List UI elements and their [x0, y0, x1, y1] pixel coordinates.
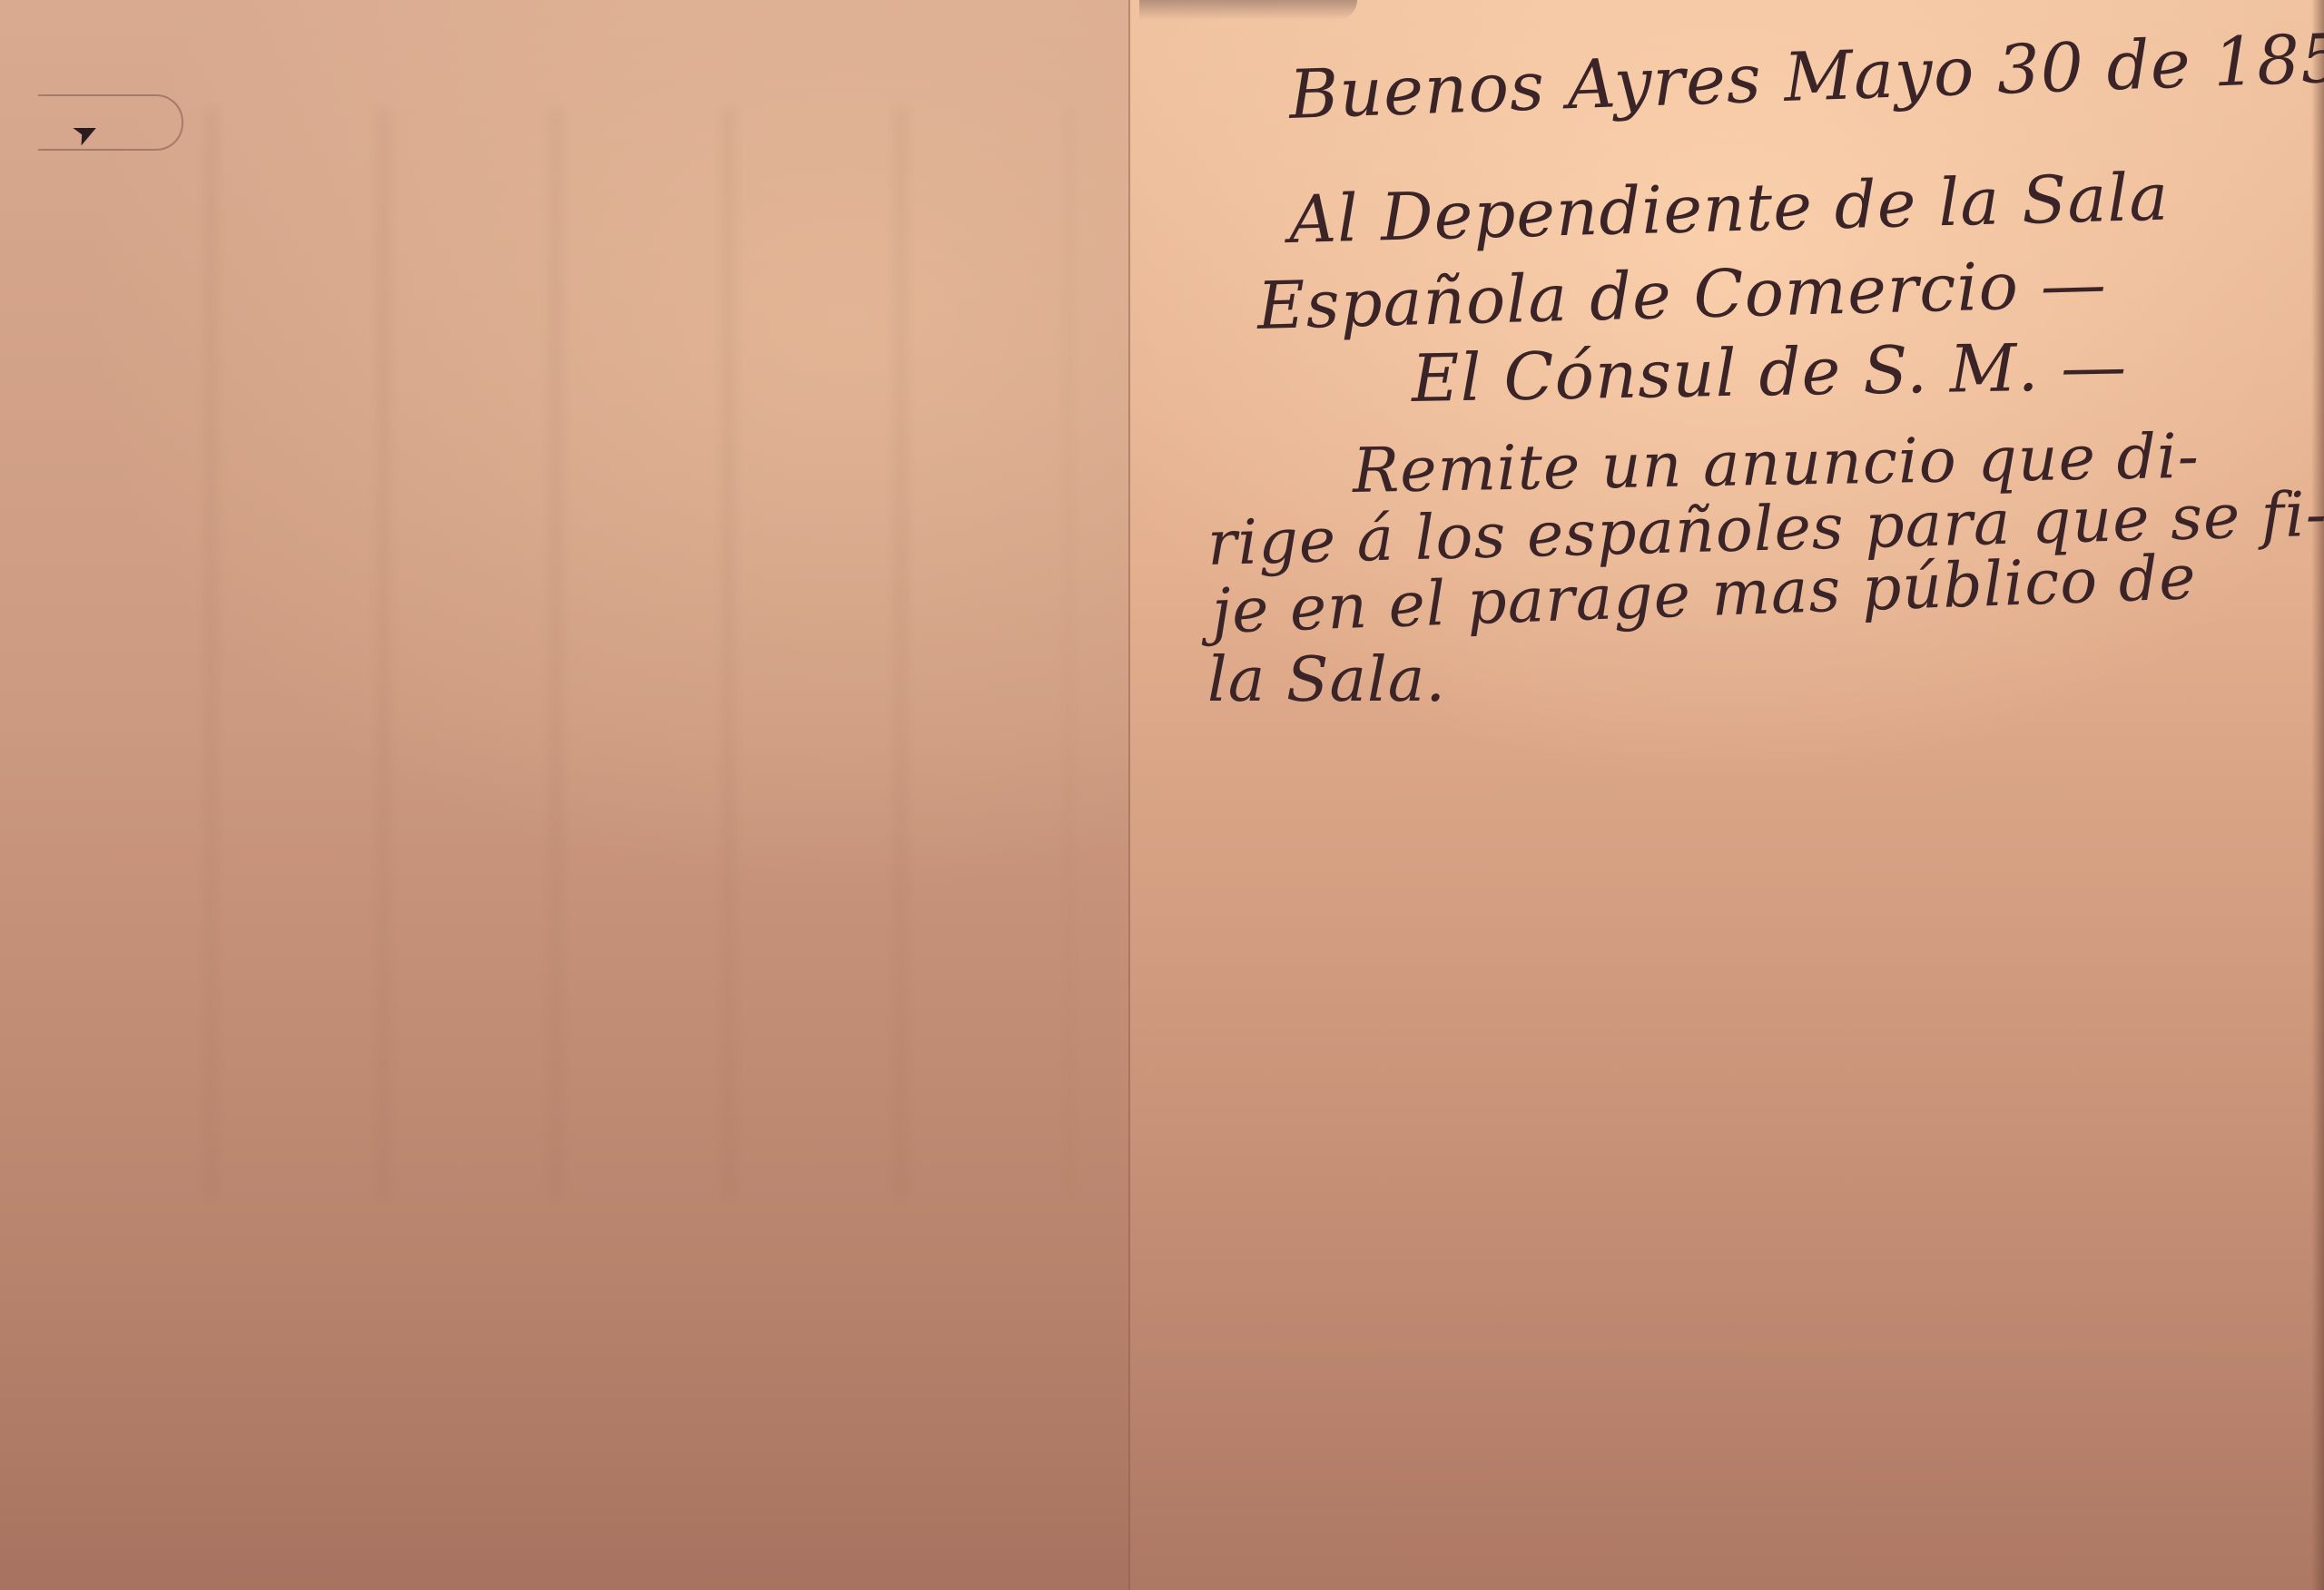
ink-bleed-through — [118, 109, 1071, 1198]
sender-line: El Cónsul de S. M. — — [1411, 328, 2127, 417]
page-edge — [2311, 0, 2324, 1590]
body-line-4: la Sala. — [1207, 644, 1446, 716]
paperclip-outline — [38, 94, 183, 151]
left-page: ➤ — [0, 0, 1128, 1590]
page-fold — [1128, 0, 1130, 1590]
paper-tab — [1139, 0, 1357, 20]
